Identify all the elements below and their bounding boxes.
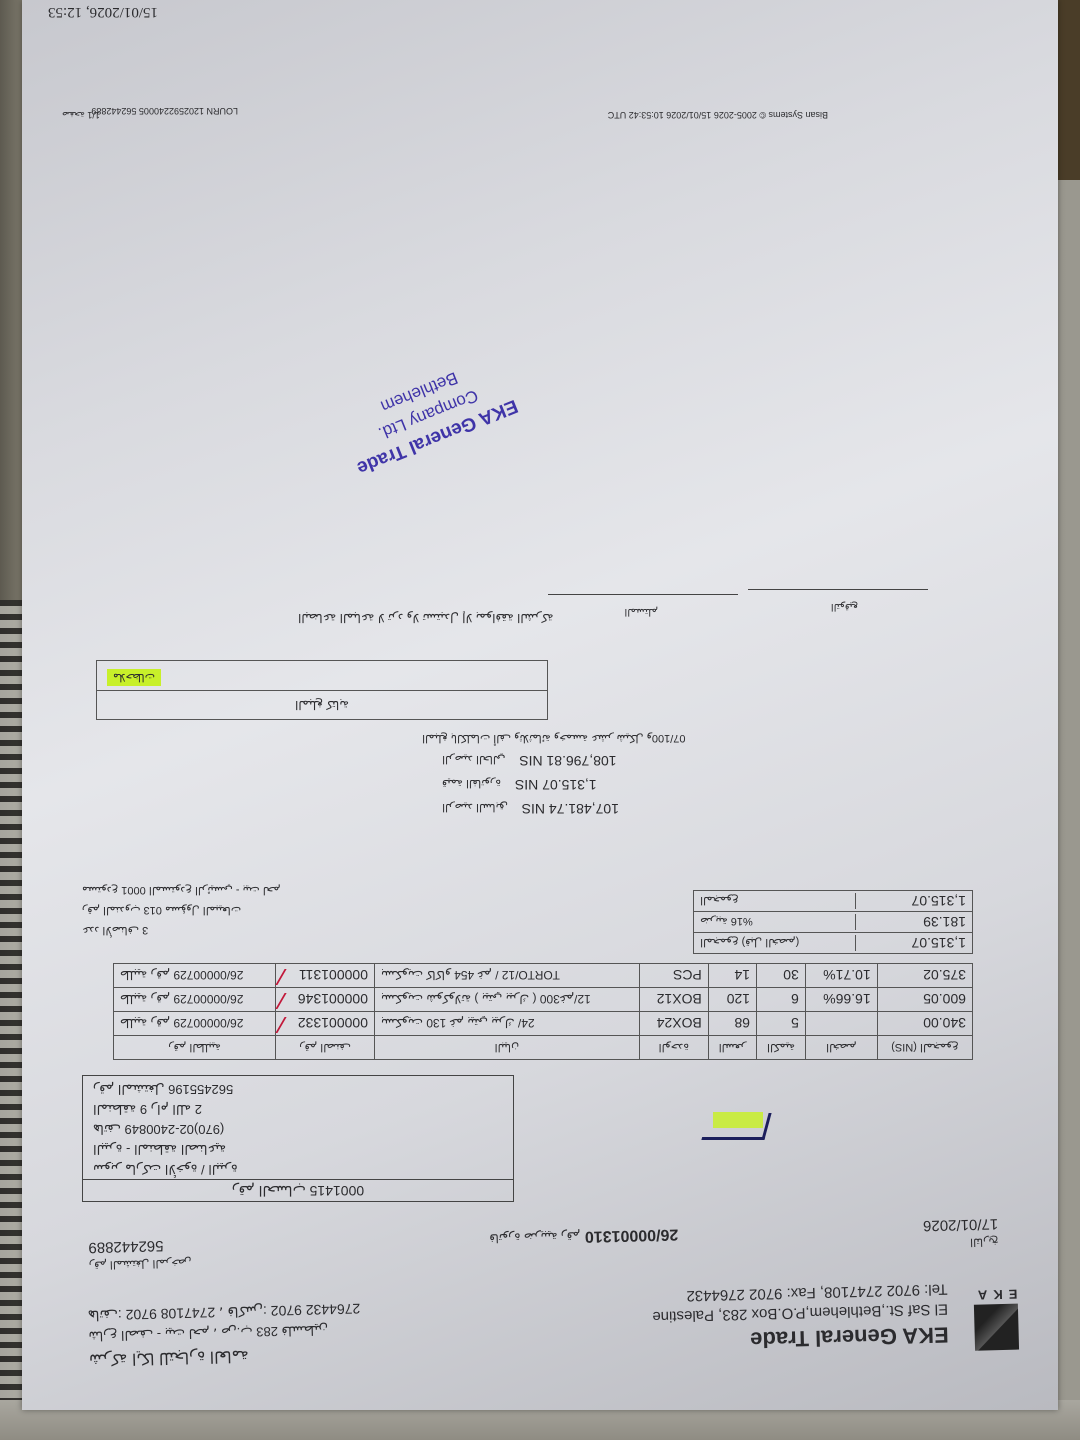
- row-order: طلبية رقم 26/00000729: [114, 988, 276, 1012]
- customer-phone-label: هاتف: [93, 1122, 121, 1137]
- customer-tax-no: 562455196: [168, 1082, 233, 1097]
- invoice-notes: عدد الأصناف 3 رقم المندوب 013 مسؤول المب…: [82, 880, 602, 940]
- company-address-ar: شارع الصف - بيت لحم ، ص.ب 283 فلسطين: [88, 1322, 328, 1344]
- totals-value: 1,315.07: [855, 893, 972, 909]
- row-code-value: 000001346: [298, 992, 368, 1008]
- row-total: 375.02: [877, 964, 972, 988]
- logo-mark-icon: [974, 1304, 1019, 1351]
- row-unit: PCS: [639, 964, 708, 988]
- amount-in-words: المبلغ بالكلمات ألف وثلاثمائة وخمسة عشر …: [422, 732, 902, 745]
- table-row: 600.05 16.66% 6 120 BOX12 بسكويت شوكولات…: [114, 988, 973, 1012]
- remarks-title: المبلغ كتابة: [97, 690, 547, 719]
- logo-text: EKA: [971, 1287, 1017, 1303]
- remarks-box: المبلغ كتابة ملاحظات: [96, 660, 548, 720]
- signature-label: التوقيع: [831, 601, 858, 612]
- software-copyright: Bisan Systems © 2005-2026 15/01/2026 10:…: [608, 110, 828, 120]
- col-discount: الخصم: [805, 1036, 877, 1060]
- col-code: رقم الصنف: [276, 1036, 375, 1060]
- account-label: رقم الحساب: [232, 1183, 306, 1199]
- items-table: المجموع (NIS) الخصم الكمية السعر الوحدة …: [113, 963, 973, 1060]
- totals-label: ضريبة 16%: [694, 916, 855, 929]
- summary-row: 107,481.74 NIS الرصيد السابق: [442, 796, 742, 820]
- summary-label: الرصيد الحالي: [442, 753, 505, 765]
- pen-signature: [701, 1113, 771, 1140]
- row-price: 68: [708, 1012, 756, 1036]
- remarks-caption-highlighted: ملاحظات: [107, 669, 161, 686]
- row-price: 14: [708, 964, 756, 988]
- customer-tax-label: رقم المشتغل: [93, 1082, 164, 1097]
- receiver-line: [548, 594, 738, 595]
- handwritten-signature-highlight: [708, 1110, 768, 1140]
- totals-label: المجموع: [694, 895, 855, 908]
- company-address-en: El Saf St.,Bethlehem,P.O.Box 283, Palest…: [652, 1300, 948, 1325]
- row-discount: 16.66%: [805, 988, 877, 1012]
- terms-note: البضاعة المباعة لا ترد ولا تستبدل إلا بم…: [298, 611, 658, 625]
- row-order: طلبية رقم 26/00000729: [114, 1012, 276, 1036]
- totals-box: 1,315.07 المجموع (قبل الخصم) 181.39 ضريب…: [693, 890, 973, 954]
- row-description: بسكويت شوكولاتة ( بيتي بيرك ) 300غم/12: [374, 988, 639, 1012]
- summary-label: قيمة الفاتورة: [442, 777, 501, 789]
- summary-label: الرصيد السابق: [442, 801, 508, 813]
- col-unit: الوحدة: [639, 1036, 708, 1060]
- customer-phone: (970)02-2400849 هاتف: [83, 1119, 513, 1139]
- col-order: رقم الطلبية: [114, 1036, 276, 1060]
- company-name-en: EKA General Trade: [750, 1321, 949, 1352]
- customer-account: رقم الحساب 0001415: [83, 1179, 513, 1201]
- note-line: مستودع 0001 المستودع الرئيسي - بيت لحم: [82, 880, 602, 900]
- totals-row: 1,315.07 المجموع: [693, 890, 973, 911]
- row-qty: 5: [757, 1012, 806, 1036]
- customer-address: المنطقة 9 رام الله 2: [83, 1099, 513, 1119]
- summary-row: 108,796.81 NIS الرصيد الحالي: [442, 748, 742, 772]
- summary-row: 1,315.07 NIS قيمة الفاتورة: [442, 772, 742, 796]
- row-code-value: 000001332: [298, 1016, 368, 1032]
- company-tel-ar: هاتف: 9702 2747108 ، فاكس: 9702 2764432: [88, 1300, 361, 1324]
- row-price: 120: [708, 988, 756, 1012]
- row-qty: 6: [757, 988, 806, 1012]
- tax-id-label: رقم المشتغل المرخص: [89, 1256, 192, 1272]
- summary-value: 1,315.07 NIS: [515, 777, 597, 793]
- summary-value: 107,481.74 NIS: [522, 801, 619, 817]
- account-number: 0001415: [310, 1183, 365, 1199]
- company-stamp: EKA General Trade Company Ltd. Bethlehem: [294, 332, 562, 496]
- remarks-line: ملاحظات: [97, 662, 547, 690]
- invoice-number-label: فاتورة ضريبية رقم: [489, 1229, 580, 1245]
- customer-name: سوبر ماركت الأخوة / البيرة: [83, 1159, 513, 1179]
- customer-tax: 562455196 رقم المشتغل: [83, 1079, 513, 1099]
- summary-value: 108,796.81 NIS: [519, 753, 616, 769]
- col-description: البيان: [374, 1036, 639, 1060]
- row-unit: BOX24: [639, 1012, 708, 1036]
- totals-row: 181.39 ضريبة 16%: [693, 911, 973, 932]
- balance-summary: 107,481.74 NIS الرصيد السابق 1,315.07 NI…: [442, 748, 742, 820]
- customer-phone-value: (970)02-2400849: [125, 1122, 225, 1137]
- totals-label: المجموع (قبل الخصم): [694, 937, 855, 950]
- row-order: طلبية رقم 26/00000729: [114, 964, 276, 988]
- row-qty: 30: [757, 964, 806, 988]
- totals-value: 181.39: [855, 914, 972, 930]
- row-code: 000001346: [276, 988, 375, 1012]
- table-row: 375.02 10.71% 30 14 PCS بسكويت كاكاو 454…: [114, 964, 973, 988]
- totals-row: 1,315.07 المجموع (قبل الخصم): [693, 932, 973, 954]
- table-header-row: المجموع (NIS) الخصم الكمية السعر الوحدة …: [114, 1036, 973, 1060]
- col-price: السعر: [708, 1036, 756, 1060]
- invoice-number: 26/00001310 فاتورة ضريبية رقم: [489, 1224, 678, 1247]
- red-check-mark: [276, 969, 301, 985]
- col-qty: الكمية: [757, 1036, 806, 1060]
- invoice-date: 17/01/2026: [923, 1215, 998, 1234]
- print-timestamp: 15/01/2026, 12:53: [48, 3, 158, 20]
- invoice-number-value: 26/00001310: [585, 1225, 679, 1244]
- date-label: التاريخ: [970, 1235, 999, 1249]
- lourn-code: LOURN 1202592240005 562442889: [91, 106, 238, 116]
- company-name-ar: شركة ايكا للتجارة العامة: [89, 1346, 249, 1370]
- row-code: 000001332: [276, 1012, 375, 1036]
- signature-line: [748, 589, 928, 590]
- row-discount: [805, 1012, 877, 1036]
- row-unit: BOX12: [639, 988, 708, 1012]
- receiver-label: المستلم: [624, 606, 658, 617]
- row-description: بسكويت 130 غم بيتي بيرك /24: [374, 1012, 639, 1036]
- table-surface: [1058, 0, 1080, 180]
- binder-edge: [0, 600, 24, 1440]
- row-code: 000001311: [276, 964, 375, 988]
- items-count: عدد الأصناف 3: [82, 920, 602, 940]
- table-row: 340.00 5 68 BOX24 بسكويت 130 غم بيتي بير…: [114, 1012, 973, 1036]
- row-total: 340.00: [877, 1012, 972, 1036]
- invoice-document: EKA EKA General Trade El Saf St.,Bethleh…: [22, 0, 1058, 1410]
- customer-area: البيرة - المنطقة الصناعية: [83, 1139, 513, 1159]
- col-total: المجموع (NIS): [877, 1036, 972, 1060]
- totals-value: 1,315.07: [855, 935, 972, 951]
- invoice-paper: EKA EKA General Trade El Saf St.,Bethleh…: [22, 0, 1058, 1410]
- note-line: رقم المندوب 013 مسؤول المبيعات: [82, 900, 602, 920]
- tax-id-value: 562442889: [88, 1237, 164, 1256]
- row-discount: 10.71%: [805, 964, 877, 988]
- customer-box: رقم الحساب 0001415 سوبر ماركت الأخوة / ا…: [82, 1075, 514, 1202]
- row-description: بسكويت كاكاو 454 غم / TORTO/12: [374, 964, 639, 988]
- company-logo: EKA: [971, 1284, 1019, 1351]
- row-total: 600.05: [877, 988, 972, 1012]
- row-code-value: 000001311: [299, 968, 368, 984]
